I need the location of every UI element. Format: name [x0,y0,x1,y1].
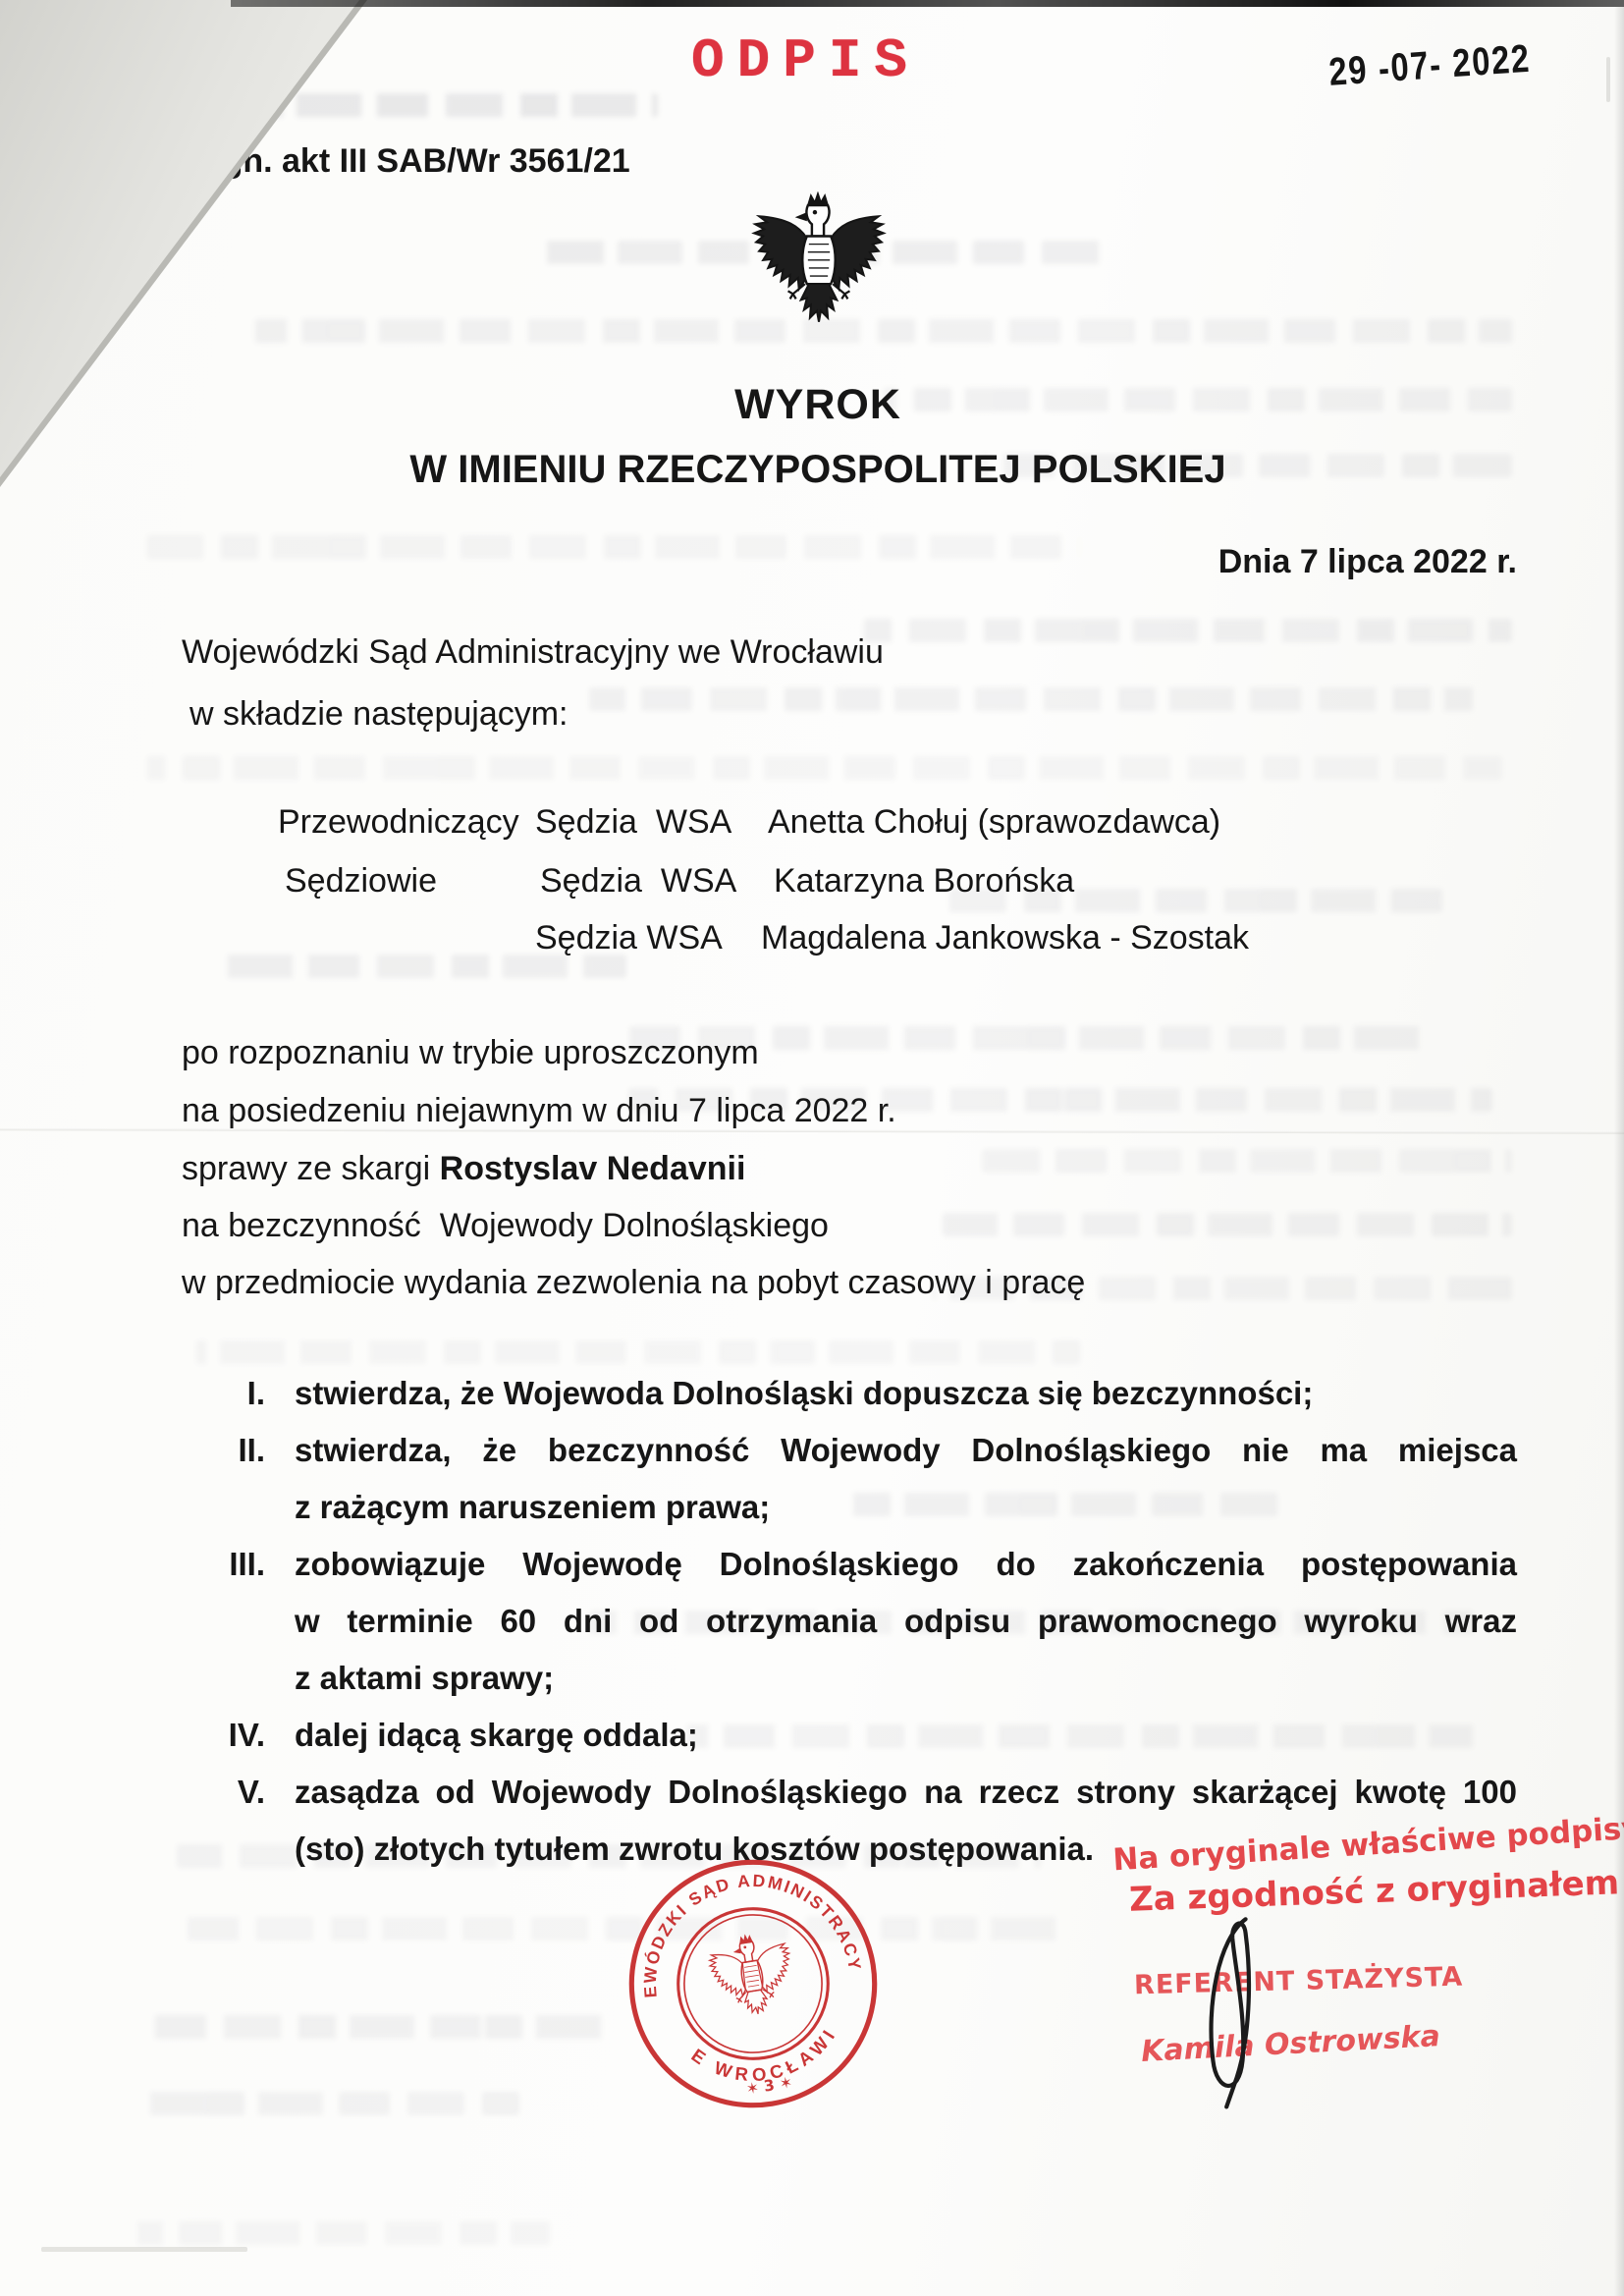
court-round-stamp: WOJEWÓDZKI SĄD ADMINISTRACYJNY WE WROCŁA… [603,1833,904,2135]
recital-line: na posiedzeniu niejawnym w dniu 7 lipca … [182,1092,896,1130]
panel-role: Przewodniczący [278,803,519,842]
verdict-line: stwierdza, że bezczynność Wojewody Dolno… [295,1432,1517,1469]
scan-smudge [41,2247,247,2252]
bleedthrough-line [943,1213,1512,1236]
verdict-numeral: V. [167,1774,265,1811]
verdict-line: zobowiązuje Wojewodę Dolnośląskiego do z… [295,1546,1517,1583]
panel-judge-title: Sędzia WSA [535,919,723,957]
bleedthrough-line [137,2092,520,2115]
bleedthrough-line [137,2221,550,2245]
scan-top-edge [231,0,1624,7]
judgment-date-line: Dnia 7 lipca 2022 r. [182,543,1517,581]
verdict-numeral: III. [167,1546,265,1583]
judgment-subtitle: W IMIENIU RZECZYPOSPOLITEJ POLSKIEJ [182,448,1454,492]
verdict-numeral: I. [167,1375,265,1412]
scan-right-edge [1614,0,1624,2296]
panel-judge-name: Anetta Chołuj (sprawozdawca) [768,803,1220,842]
bleedthrough-line [147,756,1502,780]
bleedthrough-line [196,1340,1080,1364]
verdict-numeral: II. [167,1432,265,1469]
panel-role: Sędziowie [285,862,437,901]
scanned-court-judgment-page: ODPIS 29 -07- 2022 Sygn. akt III SAB/Wr … [0,0,1624,2296]
odpis-copy-stamp: ODPIS [691,29,920,92]
recital-line: sprawy ze skargi Rostyslav Nedavnii [182,1150,745,1188]
recital-line: na bezczynność Wojewody Dolnośląskiego [182,1207,829,1245]
bleedthrough-line [226,955,638,978]
scan-smudge [1606,57,1610,102]
panel-judge-name: Katarzyna Borońska [774,862,1074,901]
bleedthrough-line [982,1149,1512,1173]
handwritten-signature [1184,1913,1292,2114]
panel-judge-title: Sędzia WSA [540,862,736,901]
verdict-line: dalej idącą skargę oddala; [295,1717,1517,1754]
verdict-line: z rażącym naruszeniem prawa; [295,1489,1517,1526]
recital-line: po rozpoznaniu w trybie uproszczonym [182,1034,759,1072]
verdict-line: z aktami sprawy; [295,1660,1517,1697]
recital-prefix: sprawy ze skargi [182,1150,440,1187]
bleedthrough-line [864,619,1512,642]
bleedthrough-line [589,687,1473,711]
recital-line: w przedmiocie wydania zezwolenia na poby… [182,1264,1085,1302]
court-name: Wojewódzki Sąd Administracyjny we Wrocła… [182,633,884,672]
polish-eagle-emblem [749,191,889,353]
verdict-numeral: IV. [167,1717,265,1754]
panel-judge-name: Magdalena Jankowska - Szostak [761,919,1249,957]
panel-intro: w składzie następującym: [189,695,568,734]
complainant-name: Rostyslav Nedavnii [440,1150,746,1187]
bleedthrough-line [147,2015,609,2039]
verdict-line: stwierdza, że Wojewoda Dolnośląski dopus… [295,1375,1517,1412]
judgment-title: WYROK [182,381,1454,429]
verdict-line: w terminie 60 dni od otrzymania odpisu p… [295,1603,1517,1640]
verdict-line: zasądza od Wojewody Dolnośląskiego na rz… [295,1774,1517,1811]
bleedthrough-line [245,93,658,117]
stamp-eagle-icon [706,1929,797,2020]
panel-judge-title: Sędzia WSA [535,803,731,842]
